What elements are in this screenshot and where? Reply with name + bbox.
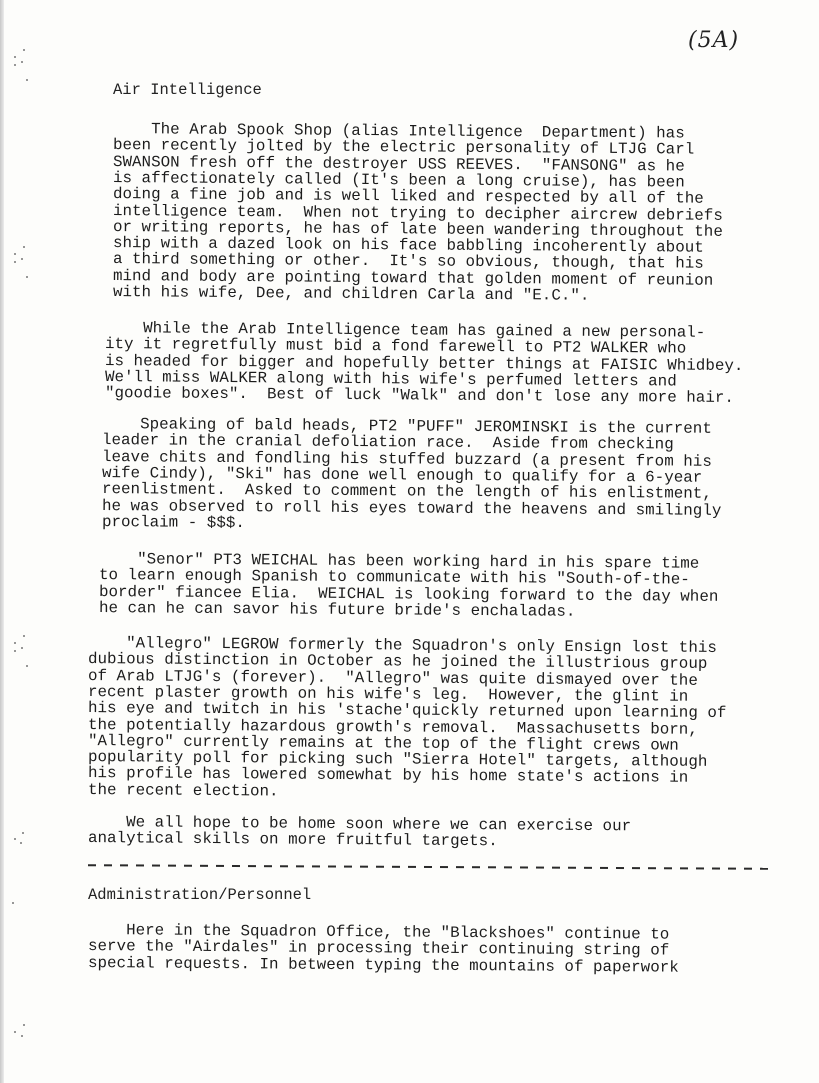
scan-speck [21,258,23,260]
scan-speck [26,665,28,667]
scan-speck [14,253,16,255]
scan-speck [23,246,25,248]
text-line: analytical skills on more fruitful targe… [88,829,498,850]
scan-speck [21,61,23,63]
scan-speck [14,1031,16,1033]
handwritten-page-number: (5A) [688,28,739,53]
scan-edge [0,0,4,1083]
text-line: the recent election. [88,781,279,800]
scan-speck [14,650,16,652]
scan-speck [12,902,14,904]
text-line: special requests. In between typing the … [88,954,679,977]
scan-speck [23,1024,25,1026]
section-heading-air-intelligence: Air Intelligence [113,81,262,99]
section-heading-administration-personnel: Administration/Personnel [88,886,311,904]
text-line: with his wife, Dee, and children Carla a… [113,283,590,305]
scan-speck [23,635,25,637]
scan-speck [21,647,23,649]
scan-speck [21,1035,23,1037]
dashed-divider [88,864,772,870]
scan-speck [14,838,16,840]
scan-speck [26,276,28,278]
scan-speck [23,49,25,51]
text-line: proclaim - $$$. [102,513,245,532]
scan-speck [20,842,22,844]
scan-speck [22,832,24,834]
text-line: he can he can savor his future bride's e… [99,599,576,621]
scan-speck [14,56,16,58]
scan-speck [26,79,28,81]
scan-speck [14,642,16,644]
scan-speck [14,64,16,66]
text-line: "goodie boxes". Best of luck "Walk" and … [105,384,734,407]
scan-speck [14,261,16,263]
